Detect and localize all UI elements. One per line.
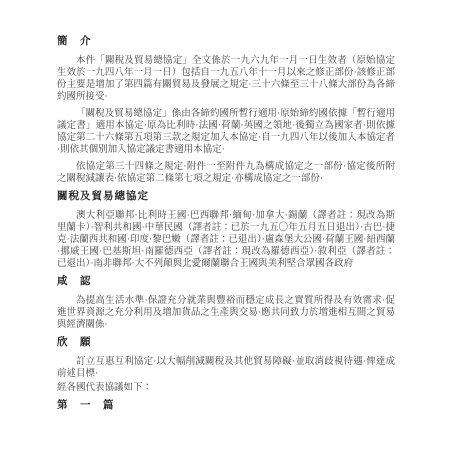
recognizing-paragraph: 為提高生活水準·保證充分就業與豐裕而穩定成長之實質所得及有效需求·促進世界資源之… xyxy=(57,295,395,331)
gatt-title-heading: 關稅及貿易總協定 xyxy=(57,191,395,203)
document-content: 簡 介 本件「關稅及貿易總協定」全文係於一九六九年一月一日生效者（原始協定生效於… xyxy=(57,36,395,419)
document-page: 簡 介 本件「關稅及貿易總協定」全文係於一九六九年一月一日生效者（原始協定生效於… xyxy=(0,0,452,452)
recognizing-heading: 咸 認 xyxy=(57,276,395,288)
intro-paragraph-2: 「關稅及貿易總協定」係由各締約國所暫行適用·原始締約國依據「暫行適用議定書」適用… xyxy=(57,108,395,156)
agreement-line: 經各國代表協議如下： xyxy=(57,382,395,394)
intro-paragraph-1: 本件「關稅及貿易總協定」全文係於一九六九年一月一日生效者（原始協定生效於一九四八… xyxy=(57,55,395,103)
desiring-paragraph: 訂立互惠互利協定·以大幅削減關稅及其他貿易障礙·並取消歧視待遇·俾達成前述目標· xyxy=(57,356,395,380)
signatories-paragraph: 澳大利亞聯邦·比利時王國·巴西聯邦·緬甸·加拿大·錫蘭（譯者註：現改為斯里蘭卡）… xyxy=(57,210,395,270)
desiring-heading: 欣 願 xyxy=(57,337,395,349)
intro-heading: 簡 介 xyxy=(57,36,395,48)
part-one-heading: 第 一 篇 xyxy=(57,400,395,412)
intro-paragraph-3: 依協定第三十四條之規定·附件一至附件九為構成協定之一部份·協定後所附之關稅減讓表… xyxy=(57,161,395,185)
